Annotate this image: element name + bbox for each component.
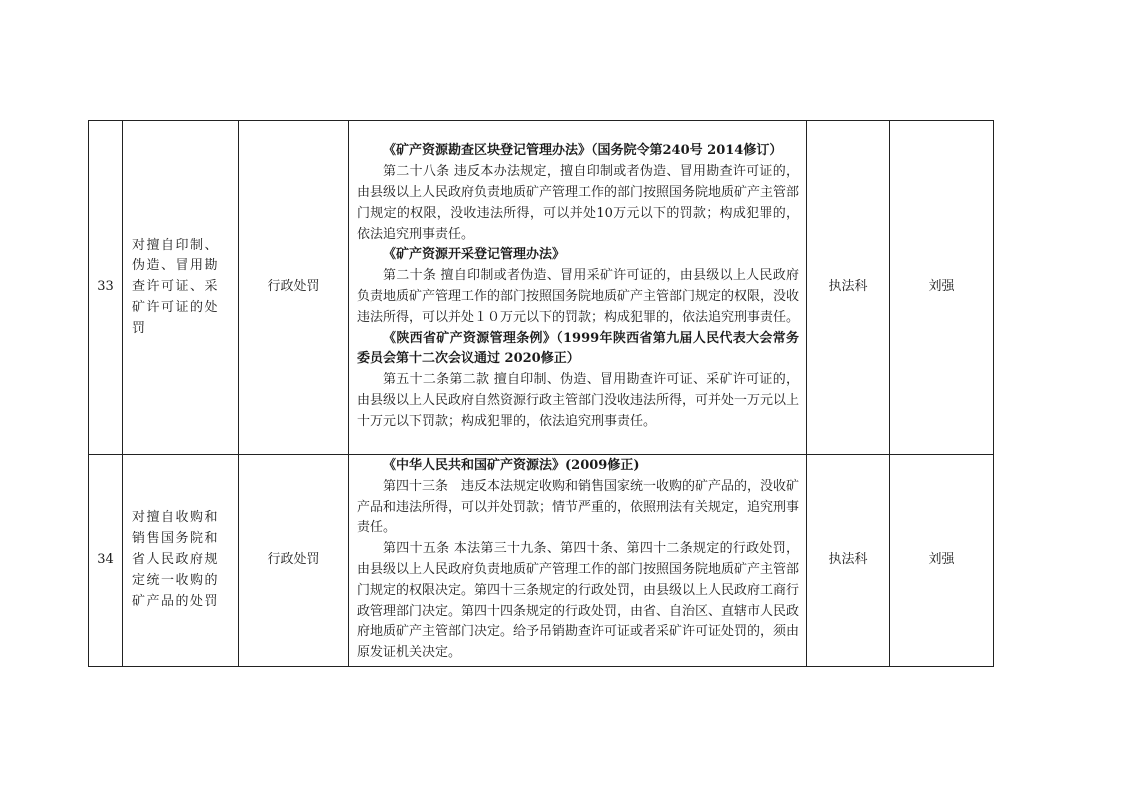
department: 执法科 (807, 121, 890, 455)
item-name-cell: 对擅自印制、伪造、冒用勘查许可证、采矿许可证的处罚 (123, 121, 239, 455)
law-title: 《矿产资源勘查区块登记管理办法》（国务院令第240号 2014修订） (357, 141, 799, 162)
law-article: 第四十五条 本法第三十九条、第四十条、第四十二条规定的行政处罚，由县级以上人民政… (357, 539, 799, 664)
responsible-person: 刘强 (890, 455, 994, 667)
item-type: 行政处罚 (239, 121, 349, 455)
law-article: 第二十条 擅自印制或者伪造、冒用采矿许可证的，由县级以上人民政府负责地质矿产管理… (357, 266, 799, 328)
item-name: 对擅自收购和销售国务院和省人民政府规定统一收购的矿产品的处罚 (132, 510, 219, 608)
row-number: 34 (89, 455, 123, 667)
legal-basis: 《矿产资源勘查区块登记管理办法》（国务院令第240号 2014修订） 第二十八条… (349, 121, 807, 455)
item-name-cell: 对擅自收购和销售国务院和省人民政府规定统一收购的矿产品的处罚 (123, 455, 239, 667)
law-title: 《中华人民共和国矿产资源法》(2009修正) (357, 456, 799, 477)
responsible-person: 刘强 (890, 121, 994, 455)
item-name: 对擅自印制、伪造、冒用勘查许可证、采矿许可证的处罚 (132, 238, 219, 336)
department: 执法科 (807, 455, 890, 667)
legal-basis: 《中华人民共和国矿产资源法》(2009修正) 第四十三条 违反本法规定收购和销售… (349, 455, 807, 667)
row-number: 33 (89, 121, 123, 455)
penalty-table: 33 对擅自印制、伪造、冒用勘查许可证、采矿许可证的处罚 行政处罚 《矿产资源勘… (88, 120, 994, 667)
law-article: 第五十二条第二款 擅自印制、伪造、冒用勘查许可证、采矿许可证的，由县级以上人民政… (357, 370, 799, 432)
law-title: 《矿产资源开采登记管理办法》 (357, 245, 799, 266)
item-type: 行政处罚 (239, 455, 349, 667)
law-article: 第四十三条 违反本法规定收购和销售国家统一收购的矿产品的，没收矿产品和违法所得，… (357, 477, 799, 539)
law-title: 《陕西省矿产资源管理条例》（1999年陕西省第九届人民代表大会常务委员会第十二次… (357, 329, 799, 371)
table-row: 34 对擅自收购和销售国务院和省人民政府规定统一收购的矿产品的处罚 行政处罚 《… (89, 455, 994, 667)
table-row: 33 对擅自印制、伪造、冒用勘查许可证、采矿许可证的处罚 行政处罚 《矿产资源勘… (89, 121, 994, 455)
law-article: 第二十八条 违反本办法规定，擅自印制或者伪造、冒用勘查许可证的，由县级以上人民政… (357, 162, 799, 245)
